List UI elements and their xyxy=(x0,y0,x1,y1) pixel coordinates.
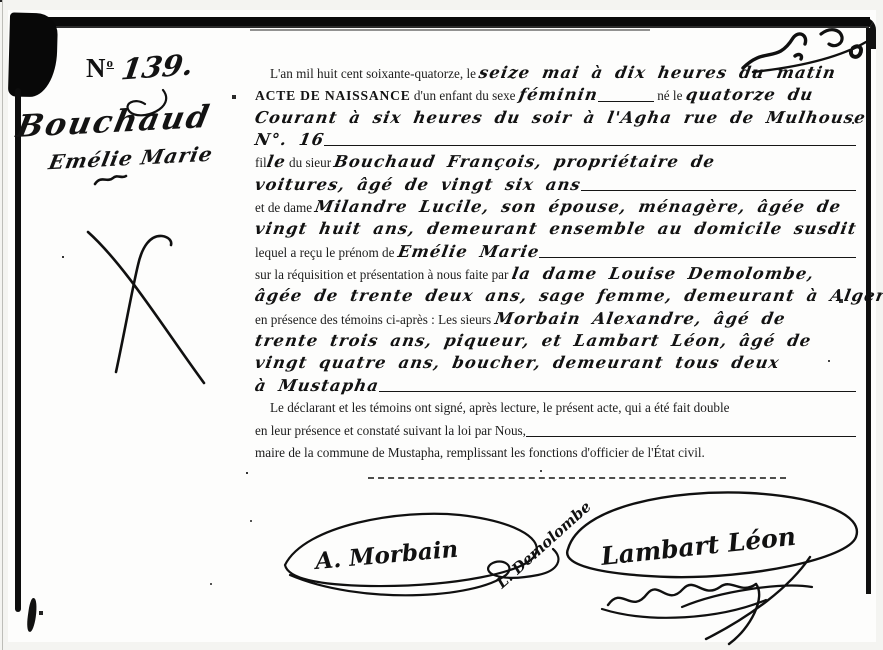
printed-form-heading: ACTE DE NAISSANCE xyxy=(255,85,411,107)
handwritten-entry: le xyxy=(265,151,288,173)
handwritten-entry: quatorze du xyxy=(684,84,815,106)
act-line: lequel a reçu le prénom de Emélie Marie xyxy=(255,241,856,263)
printed-form-text: et de dame xyxy=(255,197,315,219)
printed-form-text: L'an mil huit cent soixante-quatorze, le xyxy=(270,63,479,85)
act-line: et de dame Milandre Lucile, son épouse, … xyxy=(255,196,856,218)
act-number-value: 139. xyxy=(119,48,195,87)
fill-in-rule xyxy=(581,188,856,191)
handwritten-entry: N°. 16 xyxy=(253,129,326,151)
scan-border-top xyxy=(10,17,870,26)
act-line: à Mustapha xyxy=(255,375,856,397)
handwritten-entry: voitures, âgé de vingt six ans xyxy=(253,174,583,196)
act-number: No139. xyxy=(86,50,193,84)
printed-form-text: du sieur xyxy=(286,152,335,174)
handwritten-entry: âgée de trente deux ans, sage femme, dem… xyxy=(253,285,883,307)
handwritten-entry: vingt huit ans, demeurant ensemble au do… xyxy=(253,218,859,240)
printed-form-text: maire de la commune de Mustapha, remplis… xyxy=(255,442,705,464)
printed-form-text: d'un enfant du sexe xyxy=(411,85,519,107)
scan-border-left xyxy=(15,88,21,612)
printed-form-text: né le xyxy=(654,85,686,107)
printed-form-text: sur la réquisition et présentation à nou… xyxy=(255,264,512,286)
scan-border-top-shadow xyxy=(250,29,650,31)
scanned-birth-certificate-page: No139. Bouchaud Emélie Marie L'an mil hu… xyxy=(0,0,883,650)
handwritten-entry: à Mustapha xyxy=(253,375,381,397)
handwritten-entry: Morbain Alexandre, âgé de xyxy=(493,308,788,330)
handwritten-entry: trente trois ans, piqueur, et Lambart Lé… xyxy=(253,330,813,352)
act-line: sur la réquisition et présentation à nou… xyxy=(255,263,856,285)
scan-corner-top-right xyxy=(852,17,876,49)
handwritten-entry: Milandre Lucile, son épouse, ménagère, â… xyxy=(313,196,843,218)
act-line: fille du sieur Bouchaud François, propri… xyxy=(255,151,856,173)
act-line: vingt quatre ans, boucher, demeurant tou… xyxy=(255,352,856,374)
handwritten-entry: la dame Louise Demolombe, xyxy=(510,263,816,285)
printed-form-text: en présence des témoins ci-après : Les s… xyxy=(255,309,495,331)
printed-form-text: lequel a reçu le prénom de xyxy=(255,242,398,264)
act-line: en présence des témoins ci-après : Les s… xyxy=(255,308,856,330)
act-line: en leur présence et constaté suivant la … xyxy=(255,420,856,442)
handwritten-entry: Courant à six heures du soir à l'Agha ru… xyxy=(253,107,868,129)
fill-in-rule xyxy=(598,99,654,102)
scan-noise-specks xyxy=(0,0,2,2)
act-line: L'an mil huit cent soixante-quatorze, le… xyxy=(255,62,856,84)
handwritten-entry: Bouchaud François, propriétaire de xyxy=(332,151,717,173)
fill-in-rule xyxy=(526,434,856,437)
act-line: maire de la commune de Mustapha, remplis… xyxy=(255,442,856,464)
act-number-label: No xyxy=(86,53,114,83)
fill-in-rule xyxy=(324,143,856,146)
act-body: L'an mil huit cent soixante-quatorze, le… xyxy=(255,62,856,464)
act-line: âgée de trente deux ans, sage femme, dem… xyxy=(255,285,856,307)
act-line: Courant à six heures du soir à l'Agha ru… xyxy=(255,107,856,129)
signature-separator-line xyxy=(368,477,786,479)
fill-in-rule xyxy=(379,389,856,392)
act-line: Le déclarant et les témoins ont signé, a… xyxy=(255,397,856,419)
act-line: voitures, âgé de vingt six ans xyxy=(255,174,856,196)
scan-edge-line xyxy=(2,0,3,650)
act-line: N°. 16 xyxy=(255,129,856,151)
handwritten-entry: féminin xyxy=(517,84,600,106)
act-line: trente trois ans, piqueur, et Lambart Lé… xyxy=(255,330,856,352)
act-line: vingt huit ans, demeurant ensemble au do… xyxy=(255,218,856,240)
printed-form-text: Le déclarant et les témoins ont signé, a… xyxy=(270,397,730,419)
act-line: ACTE DE NAISSANCE d'un enfant du sexe fé… xyxy=(255,84,856,106)
handwritten-entry: Emélie Marie xyxy=(396,241,541,263)
handwritten-entry: seize mai à dix heures du matin xyxy=(477,62,838,84)
printed-form-text: en leur présence et constaté suivant la … xyxy=(255,420,526,442)
fill-in-rule xyxy=(539,255,856,258)
handwritten-entry: vingt quatre ans, boucher, demeurant tou… xyxy=(253,352,782,374)
